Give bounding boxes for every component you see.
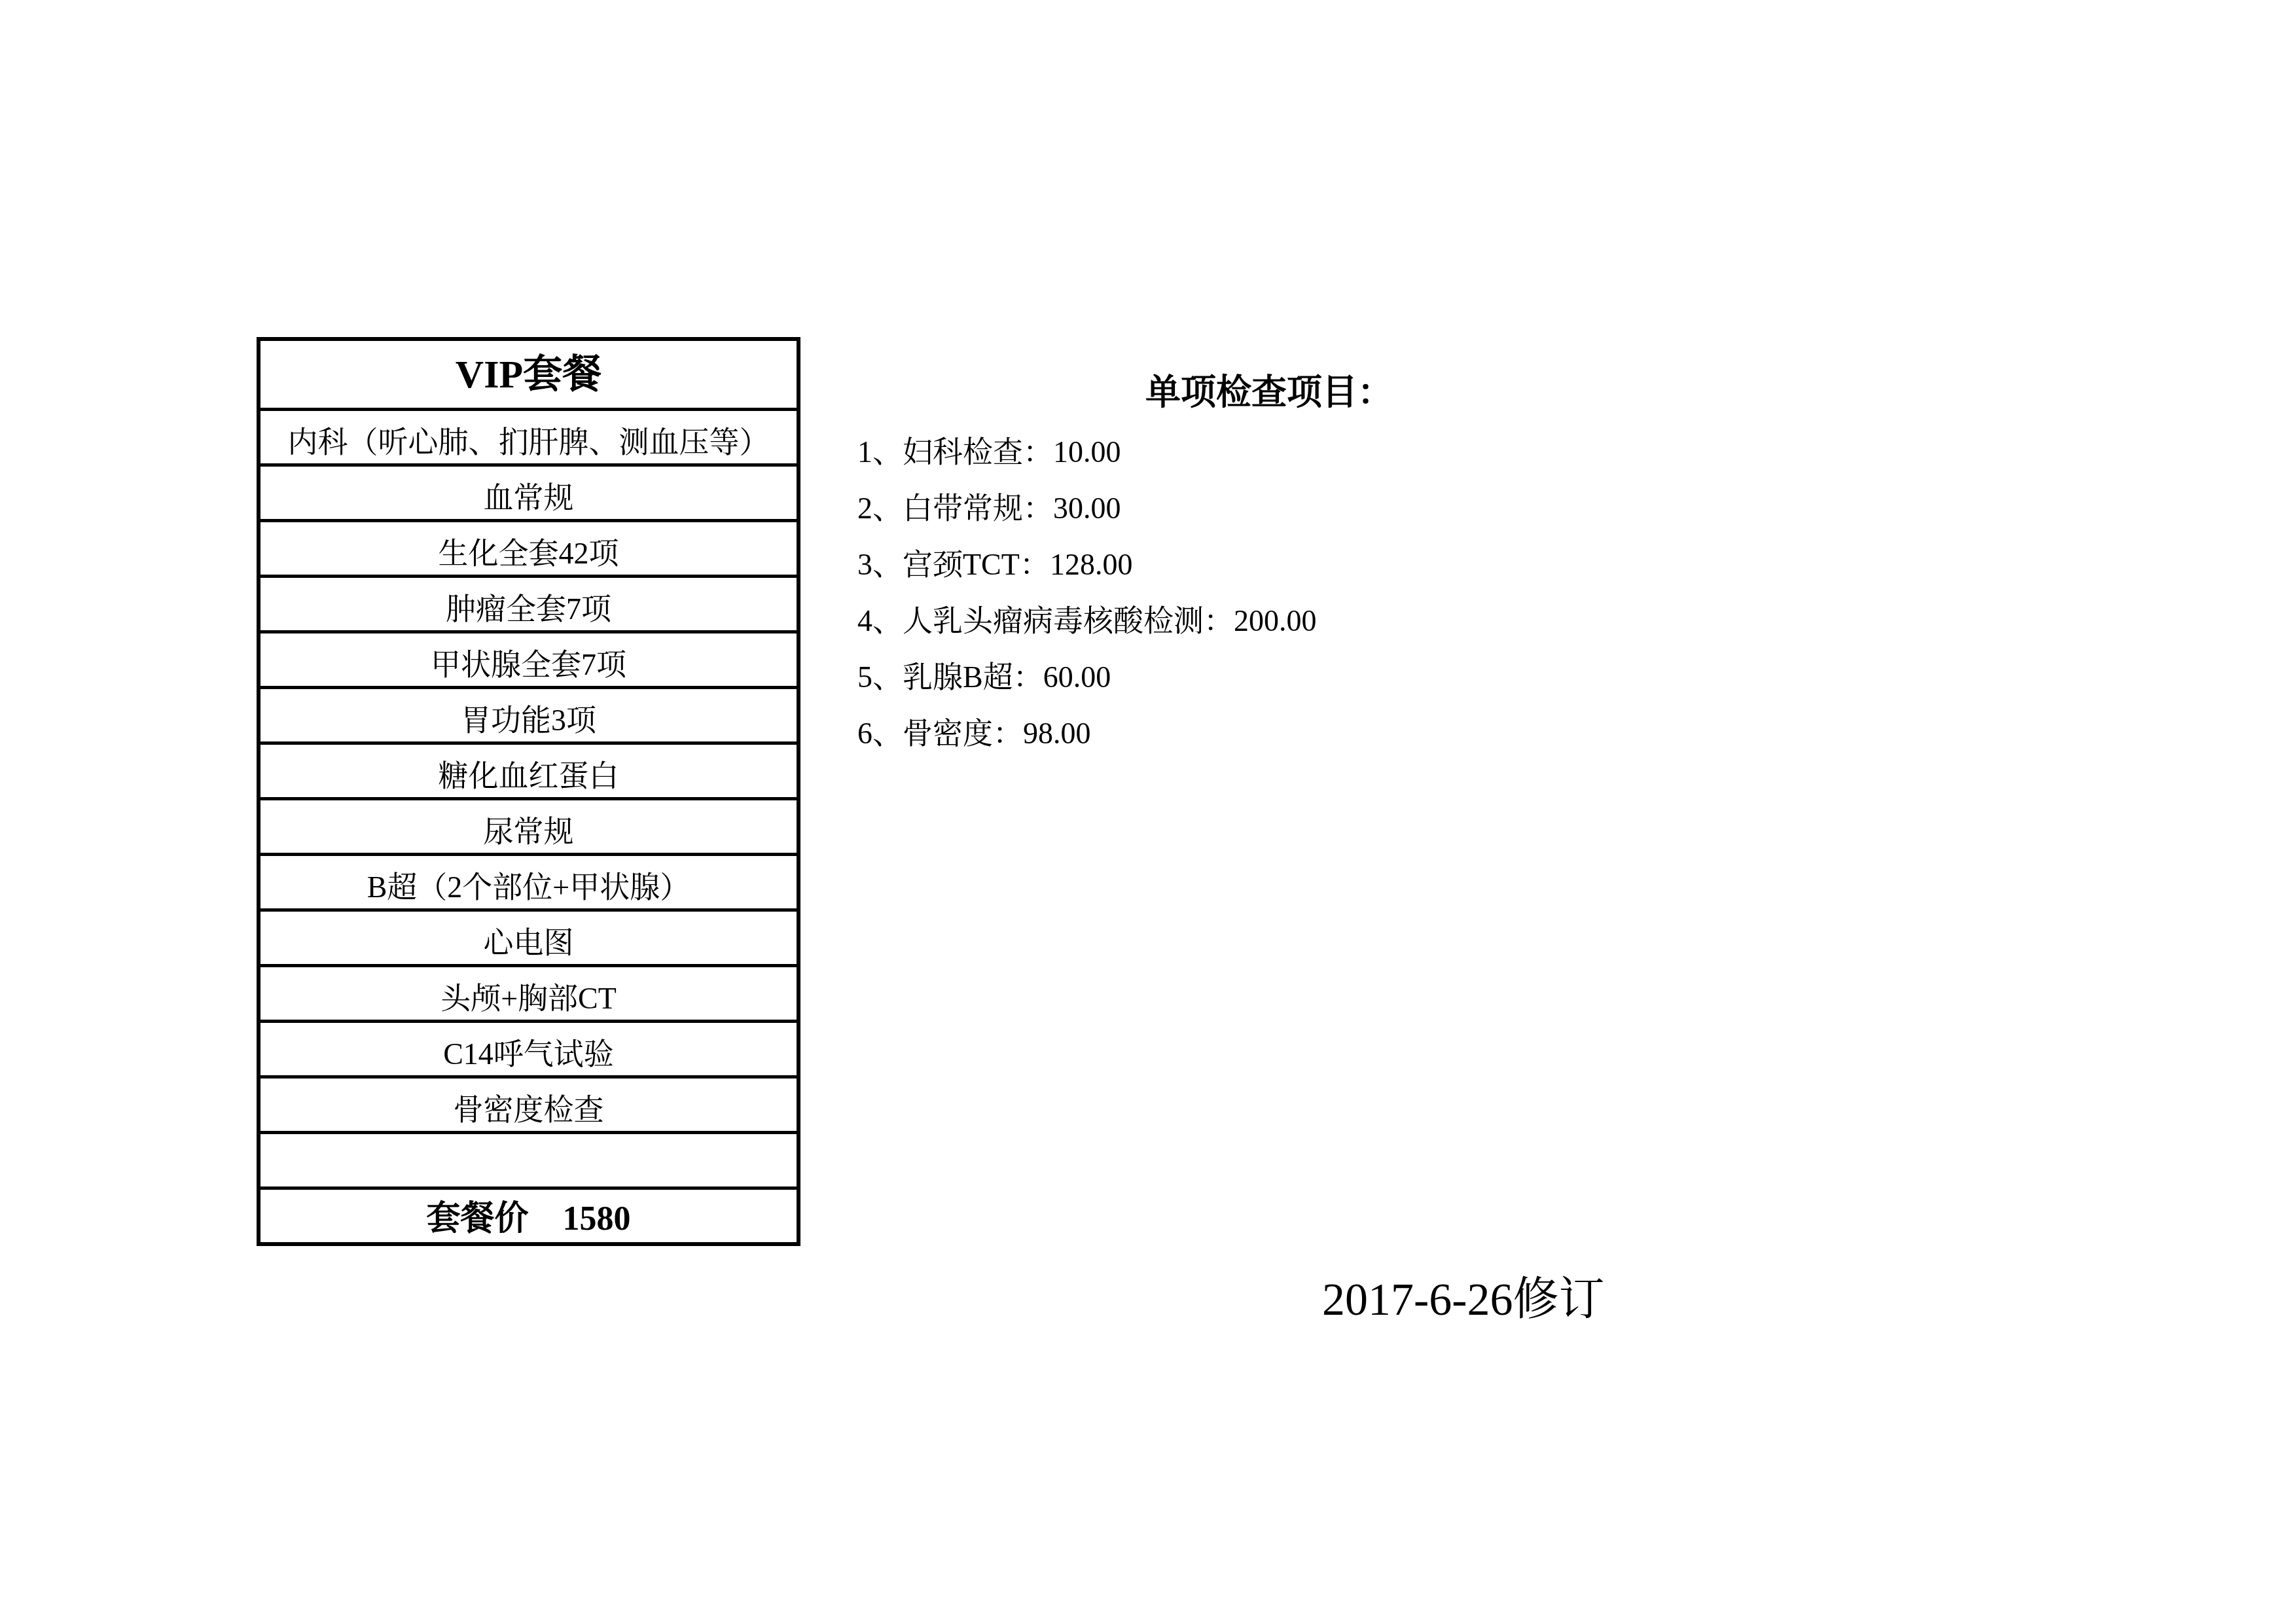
table-row: 内科（听心肺、扪肝脾、测血压等） (260, 408, 797, 463)
table-row: 尿常规 (260, 797, 797, 853)
single-items-title: 单项检查项目： (1145, 369, 1393, 416)
table-row: C14呼气试验 (260, 1020, 797, 1075)
price-value: 1580 (563, 1202, 631, 1236)
table-row: 骨密度检查 (260, 1075, 797, 1131)
single-item: 1、妇科检查：10.00 (857, 424, 1317, 480)
document-page: VIP套餐 内科（听心肺、扪肝脾、测血压等） 血常规 生化全套42项 肿瘤全套7… (0, 0, 2296, 1623)
revision-date: 2017-6-26修订 (1322, 1273, 1605, 1328)
table-empty-row (260, 1131, 797, 1186)
package-table-title: VIP套餐 (260, 341, 797, 408)
package-price-row: 套餐价 1580 (260, 1186, 797, 1242)
table-row: 血常规 (260, 463, 797, 519)
vip-package-table: VIP套餐 内科（听心肺、扪肝脾、测血压等） 血常规 生化全套42项 肿瘤全套7… (257, 337, 800, 1246)
single-item: 2、白带常规：30.00 (857, 480, 1317, 537)
single-item: 5、乳腺B超：60.00 (857, 649, 1317, 705)
table-row: 生化全套42项 (260, 519, 797, 575)
table-row: 胃功能3项 (260, 686, 797, 741)
table-row: 糖化血红蛋白 (260, 741, 797, 797)
price-label: 套餐价 (426, 1202, 528, 1236)
table-row: 甲状腺全套7项 (260, 630, 797, 686)
single-item: 4、人乳头瘤病毒核酸检测：200.00 (857, 593, 1317, 649)
single-item: 6、骨密度：98.00 (857, 705, 1317, 762)
table-row: 肿瘤全套7项 (260, 575, 797, 630)
single-item: 3、宫颈TCT：128.00 (857, 537, 1317, 593)
table-row: 心电图 (260, 908, 797, 964)
table-row: B超（2个部位+甲状腺） (260, 853, 797, 908)
single-items-list: 1、妇科检查：10.00 2、白带常规：30.00 3、宫颈TCT：128.00… (857, 424, 1317, 762)
table-row: 头颅+胸部CT (260, 964, 797, 1020)
